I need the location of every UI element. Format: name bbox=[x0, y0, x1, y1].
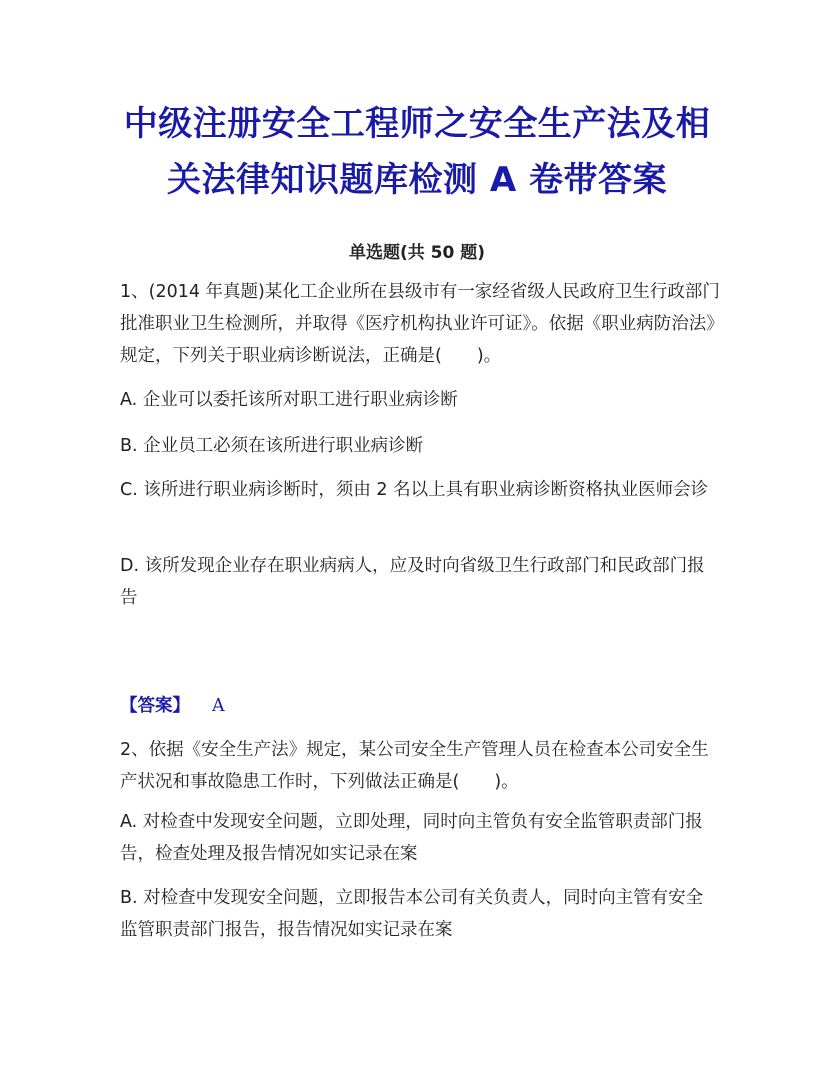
question-1-option-b: B. 企业员工必须在该所进行职业病诊断 bbox=[120, 430, 720, 462]
question-2-option-b: B. 对检查中发现安全问题，立即报告本公司有关负责人，同时向主管有安全监管职责部… bbox=[120, 882, 720, 946]
question-2-option-a: A. 对检查中发现安全问题，立即处理，同时向主管负有安全监管职责部门报告，检查处… bbox=[120, 806, 720, 870]
document-title: 中级注册安全工程师之安全生产法及相 关法律知识题库检测 A 卷带答案 bbox=[110, 96, 724, 208]
section-heading: 单选题(共 50 题) bbox=[0, 238, 834, 263]
title-line-1: 中级注册安全工程师之安全生产法及相 bbox=[110, 96, 724, 152]
answer-value: A bbox=[212, 696, 225, 716]
answer-label: 【答案】 bbox=[120, 696, 190, 716]
question-1-option-a: A. 企业可以委托该所对职工进行职业病诊断 bbox=[120, 384, 720, 416]
question-1-answer: 【答案】A bbox=[120, 690, 225, 722]
question-1-option-d: D. 该所发现企业存在职业病病人，应及时向省级卫生行政部门和民政部门报告 bbox=[120, 550, 720, 614]
question-2-stem: 2、依据《安全生产法》规定，某公司安全生产管理人员在检查本公司安全生产状况和事故… bbox=[120, 734, 720, 798]
title-line-2: 关法律知识题库检测 A 卷带答案 bbox=[110, 152, 724, 208]
question-1-option-c: C. 该所进行职业病诊断时，须由 2 名以上具有职业病诊断资格执业医师会诊 bbox=[120, 474, 720, 506]
document-page: 中级注册安全工程师之安全生产法及相 关法律知识题库检测 A 卷带答案 单选题(共… bbox=[0, 0, 834, 1080]
question-1-stem: 1、(2014 年真题)某化工企业所在县级市有一家经省级人民政府卫生行政部门批准… bbox=[120, 276, 720, 372]
